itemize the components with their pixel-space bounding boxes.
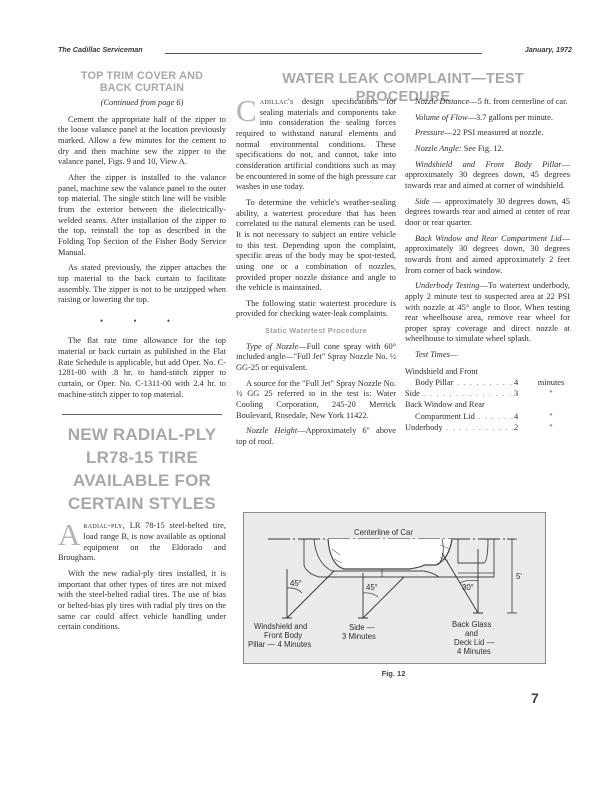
test-time-row: Body Pillar . . . . . . . . . . . . . . …: [405, 377, 570, 388]
row-label: Side . . . . . . . . . . . . . . . . . .…: [405, 388, 514, 399]
drop-cap: A: [58, 523, 80, 547]
section-divider: [62, 414, 222, 415]
row-label: Compartment Lid . . . . . . . . . .: [405, 411, 514, 422]
leader-dots: . . . . . . . . . . . . . . . .: [443, 423, 514, 432]
column-left: TOP TRIM COVER AND BACK CURTAIN (Continu…: [58, 70, 226, 638]
row-label-text: Side: [405, 389, 420, 398]
spec-text: See Fig. 12.: [462, 144, 504, 153]
distance-label: 5': [516, 572, 522, 581]
tire-heading: NEW RADIAL-PLY LR78-15 TIRE AVAILABLE FO…: [58, 423, 226, 515]
spec-text: —To watertest underbody, apply 2 minute …: [405, 281, 570, 343]
lead-in: radial-ply,: [83, 521, 125, 530]
spec-text: A source for the "Full Jet" Spray Nozzle…: [236, 379, 396, 420]
centerline-label: Centerline of Car: [354, 528, 413, 537]
publication-name: The Cadillac Serviceman: [58, 45, 143, 54]
spec-item: Nozzle Height—Approximately 6" above top…: [236, 426, 396, 447]
top-trim-heading: TOP TRIM COVER AND BACK CURTAIN: [58, 70, 226, 94]
leader-dots: . . . . . . . . . . . . . . .: [453, 378, 514, 387]
figure-12-diagram: Centerline of Car 45° 45° 30°: [243, 512, 546, 664]
spec-item: Underbody Testing—To watertest underbody…: [405, 281, 570, 345]
spec-item: Nozzle Distance—5 ft. from centerline of…: [405, 97, 570, 108]
row-unit: ": [532, 411, 570, 422]
spec-item: A source for the "Full Jet" Spray Nozzle…: [236, 379, 396, 422]
heading-line: CERTAIN STYLES: [58, 492, 226, 515]
drop-cap: C: [236, 99, 257, 123]
spec-label: Nozzle Height: [246, 426, 297, 435]
test-times-label: Test Times—: [405, 350, 570, 361]
nozzle-label: 4 Minutes: [457, 647, 491, 656]
continued-note: (Continued from page 6): [58, 98, 226, 109]
angle-label: 30°: [462, 583, 474, 592]
test-time-row: Underbody . . . . . . . . . . . . . . . …: [405, 422, 570, 433]
spec-text: —3.7 gallons per minute.: [468, 113, 553, 122]
row-unit: ": [532, 388, 570, 399]
spec-item: Nozzle Angle: See Fig. 12.: [405, 144, 570, 155]
column-right: Nozzle Distance—5 ft. from centerline of…: [405, 97, 570, 433]
nozzle-label: Pillar — 4 Minutes: [248, 640, 311, 649]
paragraph-text: design specifications for sealing materi…: [236, 97, 396, 191]
test-times-table: Windshield and Front Body Pillar . . . .…: [405, 366, 570, 433]
spec-item: Back Window and Rear Compartment Lid—app…: [405, 234, 570, 277]
test-time-row: Side . . . . . . . . . . . . . . . . . .…: [405, 388, 570, 399]
tire-paragraph-1: Aradial-ply, LR 78-15 steel-belted tire,…: [58, 521, 226, 564]
heading-line: TOP TRIM COVER AND: [58, 70, 226, 82]
test-time-row: Windshield and Front: [405, 366, 570, 377]
row-label: Body Pillar . . . . . . . . . . . . . . …: [405, 377, 514, 388]
spec-label: Back Window and Rear Compartment Lid: [415, 234, 562, 243]
lead-in: adillac's: [260, 97, 294, 106]
row-label-text: Underbody: [405, 423, 443, 432]
row-unit: ": [532, 422, 570, 433]
figure-caption: Fig. 12: [243, 669, 544, 678]
spec-label: Underbody Testing: [415, 281, 479, 290]
leader-dots: . . . . . . . . . .: [475, 412, 514, 421]
heading-line: NEW RADIAL-PLY: [58, 423, 226, 446]
header-rule: [165, 53, 482, 54]
spec-text: — approximately 30 degrees down, 45 degr…: [405, 197, 570, 227]
spec-item: Type of Nozzle—Full cone spray with 60° …: [236, 342, 396, 374]
heading-line: AVAILABLE FOR: [58, 469, 226, 492]
spec-label: Volume of Flow: [415, 113, 468, 122]
nozzle-label: Deck Lid —: [454, 638, 495, 647]
car-roof-diagram: Centerline of Car 45° 45° 30°: [244, 513, 545, 663]
page-number: 7: [531, 690, 539, 706]
nozzle-label: Front Body: [264, 631, 302, 640]
row-unit: minutes: [532, 377, 570, 388]
angle-label: 45°: [366, 583, 378, 592]
intro-paragraph: Cadillac's design specifications for sea…: [236, 97, 396, 193]
leader-dots: . . . . . . . . . . . . . . . . . . . .: [420, 389, 514, 398]
section-separator: • • •: [58, 316, 226, 327]
row-label: Windshield and Front: [405, 366, 570, 377]
spec-label: Pressure: [415, 128, 444, 137]
issue-date: January, 1972: [525, 45, 572, 54]
paragraph: After the zipper is installed to the val…: [58, 173, 226, 258]
angle-label: 45°: [290, 579, 302, 588]
column-middle: Cadillac's design specifications for sea…: [236, 97, 396, 453]
row-label: Underbody . . . . . . . . . . . . . . . …: [405, 422, 514, 433]
spec-label: Windshield and Front Body Pillar: [415, 160, 562, 169]
nozzle-label: and: [465, 629, 478, 638]
test-time-row: Compartment Lid . . . . . . . . . .4": [405, 411, 570, 422]
nozzle-label: Back Glass: [452, 620, 492, 629]
paragraph: Cement the appropriate half of the zippe…: [58, 115, 226, 168]
row-value: 3: [514, 388, 532, 399]
paragraph: As stated previously, the zipper attache…: [58, 263, 226, 306]
spec-label: Nozzle Distance: [415, 97, 469, 106]
heading-line: LR78-15 TIRE: [58, 446, 226, 469]
test-time-row: Back Window and Rear: [405, 399, 570, 410]
nozzle-label: 3 Minutes: [342, 632, 376, 641]
spec-item: Volume of Flow—3.7 gallons per minute.: [405, 113, 570, 124]
nozzle-label: Windshield and: [254, 622, 307, 631]
spec-item: Pressure—22 PSI measured at nozzle.: [405, 128, 570, 139]
spec-item: Windshield and Front Body Pillar—approxi…: [405, 160, 570, 192]
spec-label: Side: [415, 197, 429, 206]
row-value: 2: [514, 422, 532, 433]
row-label-text: Body Pillar: [415, 378, 453, 387]
row-value: 4: [514, 411, 532, 422]
row-value: 4: [514, 377, 532, 388]
paragraph: To determine the vehicle's weather-seali…: [236, 198, 396, 294]
spec-text: —22 PSI measured at nozzle.: [444, 128, 543, 137]
spec-text: —5 ft. from centerline of car.: [469, 97, 567, 106]
paragraph: The flat rate time allowance for the top…: [58, 336, 226, 400]
row-label-text: Compartment Lid: [415, 412, 475, 421]
spec-label: Nozzle Angle:: [415, 144, 462, 153]
spec-label: Type of Nozzle: [246, 342, 298, 351]
heading-line: BACK CURTAIN: [58, 82, 226, 94]
tire-paragraph-2: With the new radial-ply tires installed,…: [58, 569, 226, 633]
spec-item: Side — approximately 30 degrees down, 45…: [405, 197, 570, 229]
running-header: The Cadillac Serviceman January, 1972: [58, 45, 572, 59]
subheading: Static Watertest Procedure: [236, 326, 396, 337]
nozzle-label: Side —: [349, 623, 375, 632]
paragraph: The following static watertest procedure…: [236, 299, 396, 320]
row-label: Back Window and Rear: [405, 399, 570, 410]
